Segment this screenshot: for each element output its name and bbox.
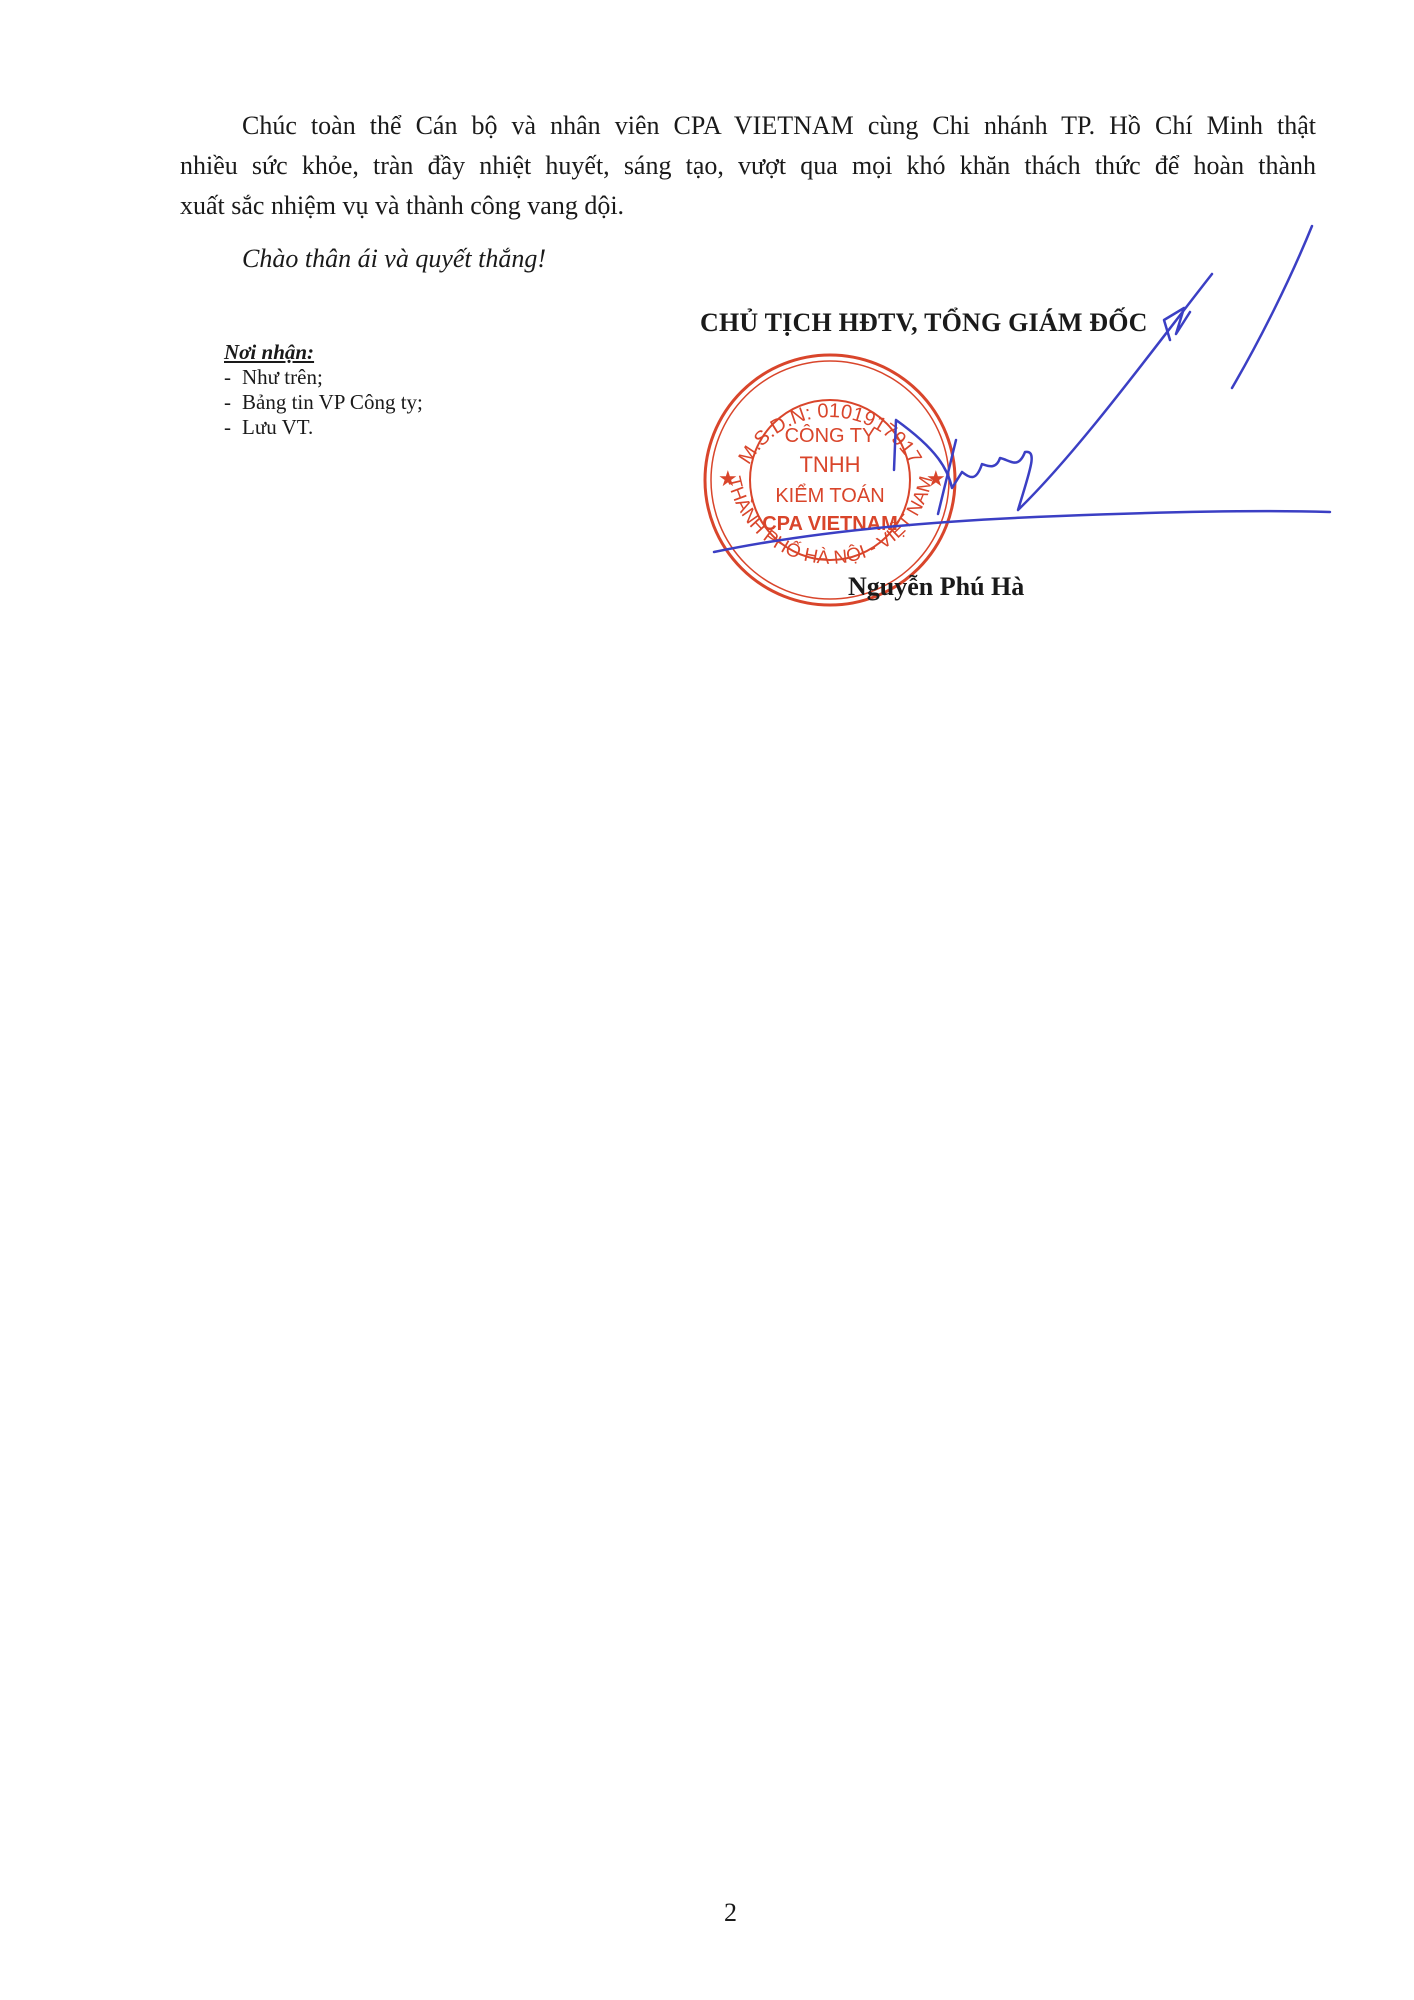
svg-text:★: ★ <box>718 466 738 491</box>
closing-salutation: Chào thân ái và quyết thắng! <box>242 244 546 274</box>
paragraph-line: Chúc toàn thể Cán bộ và nhân viên CPA VI… <box>180 106 1316 146</box>
paragraph-line: nhiều sức khỏe, tràn đầy nhiệt huyết, sá… <box>180 146 1316 186</box>
recipient-item: Lưu VT. <box>224 415 423 440</box>
company-stamp-icon: M.S.D.N: 0101917917 THÀNH PHỐ HÀ NỘI - V… <box>700 350 960 610</box>
svg-text:CPA VIETNAM: CPA VIETNAM <box>762 513 898 535</box>
closing-paragraph: Chúc toàn thể Cán bộ và nhân viên CPA VI… <box>180 106 1316 226</box>
recipients-block: Nơi nhận: Như trên; Bảng tin VP Công ty;… <box>224 340 423 440</box>
svg-text:CÔNG TY: CÔNG TY <box>785 424 876 447</box>
svg-text:★: ★ <box>926 466 946 491</box>
signer-name: Nguyễn Phú Hà <box>848 572 1024 602</box>
recipient-item: Bảng tin VP Công ty; <box>224 390 423 415</box>
page-number: 2 <box>724 1898 737 1928</box>
svg-text:KIỂM TOÁN: KIỂM TOÁN <box>775 484 884 507</box>
recipient-item: Như trên; <box>224 365 423 390</box>
paragraph-line: xuất sắc nhiệm vụ và thành công vang dội… <box>180 186 1316 226</box>
recipients-label: Nơi nhận: <box>224 340 423 365</box>
svg-text:TNHH: TNHH <box>799 452 860 477</box>
signatory-title: CHỦ TỊCH HĐTV, TỔNG GIÁM ĐỐC <box>700 308 1148 338</box>
